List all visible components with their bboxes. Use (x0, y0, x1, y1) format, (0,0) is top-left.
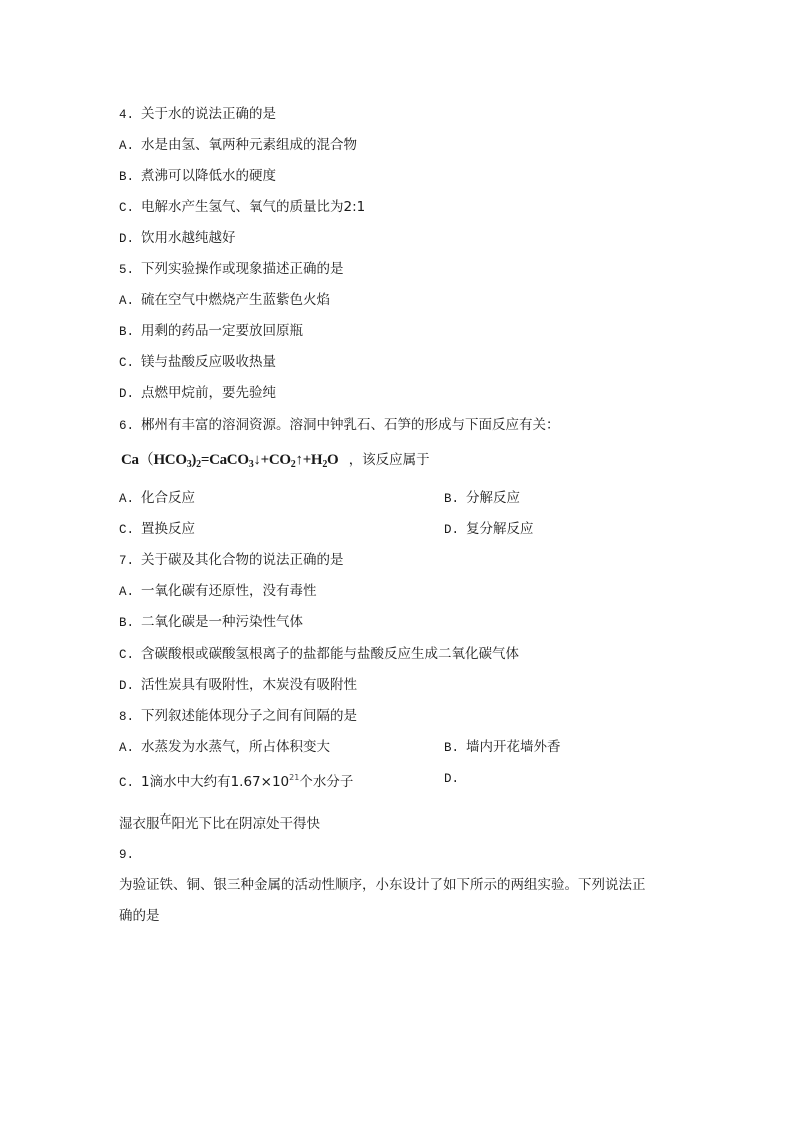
question-9-stem-line-1: 为验证铁、铜、银三种金属的活动性顺序，小东设计了如下所示的两组实验。下列说法正 (119, 876, 646, 894)
option-text: 煮沸可以降低水的硬度 (141, 168, 276, 184)
option-label: C. (119, 199, 141, 217)
q8-options-row-1: A.水蒸发为水蒸气，所占体积变大 B.墙内开花墙外香 (119, 738, 679, 757)
option-text: 硫在空气中燃烧产生蓝紫色火焰 (141, 292, 330, 308)
question-number: 5. (119, 261, 141, 279)
option-text: 含碳酸根或碳酸氢根离子的盐都能与盐酸反应生成二氧化碳气体 (141, 646, 519, 662)
option-label: D. (119, 677, 141, 695)
q7-option-d: D.活性炭具有吸附性，木炭没有吸附性 (119, 676, 357, 695)
option-label: C. (119, 646, 141, 664)
question-number: 4. (119, 106, 141, 124)
option-label: A. (119, 292, 141, 310)
q7-option-c: C.含碳酸根或碳酸氢根离子的盐都能与盐酸反应生成二氧化碳气体 (119, 645, 519, 664)
q5-option-c: C.镁与盐酸反应吸收热量 (119, 353, 276, 372)
question-text: 关于碳及其化合物的说法正确的是 (141, 552, 344, 568)
q6-options-row-2: C.置换反应 D.复分解反应 (119, 520, 679, 539)
q7-option-b: B.二氧化碳是一种污染性气体 (119, 613, 303, 632)
q4-option-c: C.电解水产生氢气、氧气的质量比为2:1 (119, 198, 365, 217)
q5-option-d: D.点燃甲烷前，要先验纯 (119, 384, 276, 403)
q6-option-c: C.置换反应 (119, 521, 195, 537)
question-8-stem: 8.下列叙述能体现分子之间有间隔的是 (119, 707, 357, 726)
chemical-equation: Ca（HCO3)2=CaCO3↓+CO2↑+H2O (121, 452, 338, 468)
q4-option-d: D.饮用水越纯越好 (119, 229, 236, 248)
option-label: B. (119, 323, 141, 341)
option-text: 用剩的药品一定要放回原瓶 (141, 323, 303, 339)
q5-option-b: B.用剩的药品一定要放回原瓶 (119, 322, 303, 341)
option-label: B. (119, 614, 141, 632)
question-7-stem: 7.关于碳及其化合物的说法正确的是 (119, 551, 344, 570)
reaction-equation-line: Ca（HCO3)2=CaCO3↓+CO2↑+H2O ，该反应属于 (121, 451, 430, 474)
q6-option-b: B.分解反应 (444, 489, 520, 508)
question-number: 8. (119, 708, 141, 726)
question-4-stem: 4.关于水的说法正确的是 (119, 105, 276, 124)
option-text: 电解水产生氢气、氧气的质量比为2:1 (141, 199, 365, 215)
q8-option-c: C.1滴水中大约有1.67×1021个水分子 (119, 774, 353, 790)
q8-option-d: D. (444, 769, 466, 788)
q5-option-a: A.硫在空气中燃烧产生蓝紫色火焰 (119, 291, 330, 310)
option-label: D. (119, 230, 141, 248)
exponent: 21 (289, 773, 299, 782)
question-text: 郴州有丰富的溶洞资源。溶洞中钟乳石、石笋的形成与下面反应有关： (141, 417, 560, 433)
option-label: D. (119, 385, 141, 403)
question-9-stem-line-2: 确的是 (119, 907, 160, 925)
question-text: 下列实验操作或现象描述正确的是 (141, 261, 344, 277)
q7-option-a: A.一氧化碳有还原性，没有毒性 (119, 582, 317, 601)
up-arrow-icon: ↑ (295, 452, 302, 468)
option-text: 点燃甲烷前，要先验纯 (141, 385, 276, 401)
q6-options-row-1: A.化合反应 B.分解反应 (119, 489, 679, 508)
option-text: 二氧化碳是一种污染性气体 (141, 614, 303, 630)
option-text: 镁与盐酸反应吸收热量 (141, 354, 276, 370)
option-text: 饮用水越纯越好 (141, 230, 236, 246)
q4-option-b: B.煮沸可以降低水的硬度 (119, 167, 276, 186)
question-number: 6. (119, 417, 141, 435)
q8-option-b: B.墙内开花墙外香 (444, 738, 561, 757)
question-number: 7. (119, 552, 141, 570)
q6-option-d: D.复分解反应 (444, 520, 534, 539)
option-label: B. (119, 168, 141, 186)
q4-option-a: A.水是由氢、氧两种元素组成的混合物 (119, 136, 357, 155)
down-arrow-icon: ↓ (253, 452, 260, 468)
question-5-stem: 5.下列实验操作或现象描述正确的是 (119, 260, 344, 279)
option-label: A. (119, 137, 141, 155)
option-label: A. (119, 583, 141, 601)
q8-option-a: A.水蒸发为水蒸气，所占体积变大 (119, 739, 330, 755)
option-label: C. (119, 354, 141, 372)
equation-suffix: ，该反应属于 (349, 452, 430, 468)
option-text: 一氧化碳有还原性，没有毒性 (141, 583, 317, 599)
option-text: 水是由氢、氧两种元素组成的混合物 (141, 137, 357, 153)
question-9-number: 9. (119, 845, 141, 864)
option-text: 活性炭具有吸附性，木炭没有吸附性 (141, 677, 357, 693)
question-text: 关于水的说法正确的是 (141, 106, 276, 122)
question-6-stem: 6.郴州有丰富的溶洞资源。溶洞中钟乳石、石笋的形成与下面反应有关： (119, 416, 560, 435)
q8-option-d-continuation: 湿衣服在阳光下比在阴凉处干得快 (119, 810, 320, 833)
q6-option-a: A.化合反应 (119, 490, 195, 506)
q8-options-row-2: C.1滴水中大约有1.67×1021个水分子 D. (119, 769, 679, 792)
question-text: 下列叙述能体现分子之间有间隔的是 (141, 708, 357, 724)
